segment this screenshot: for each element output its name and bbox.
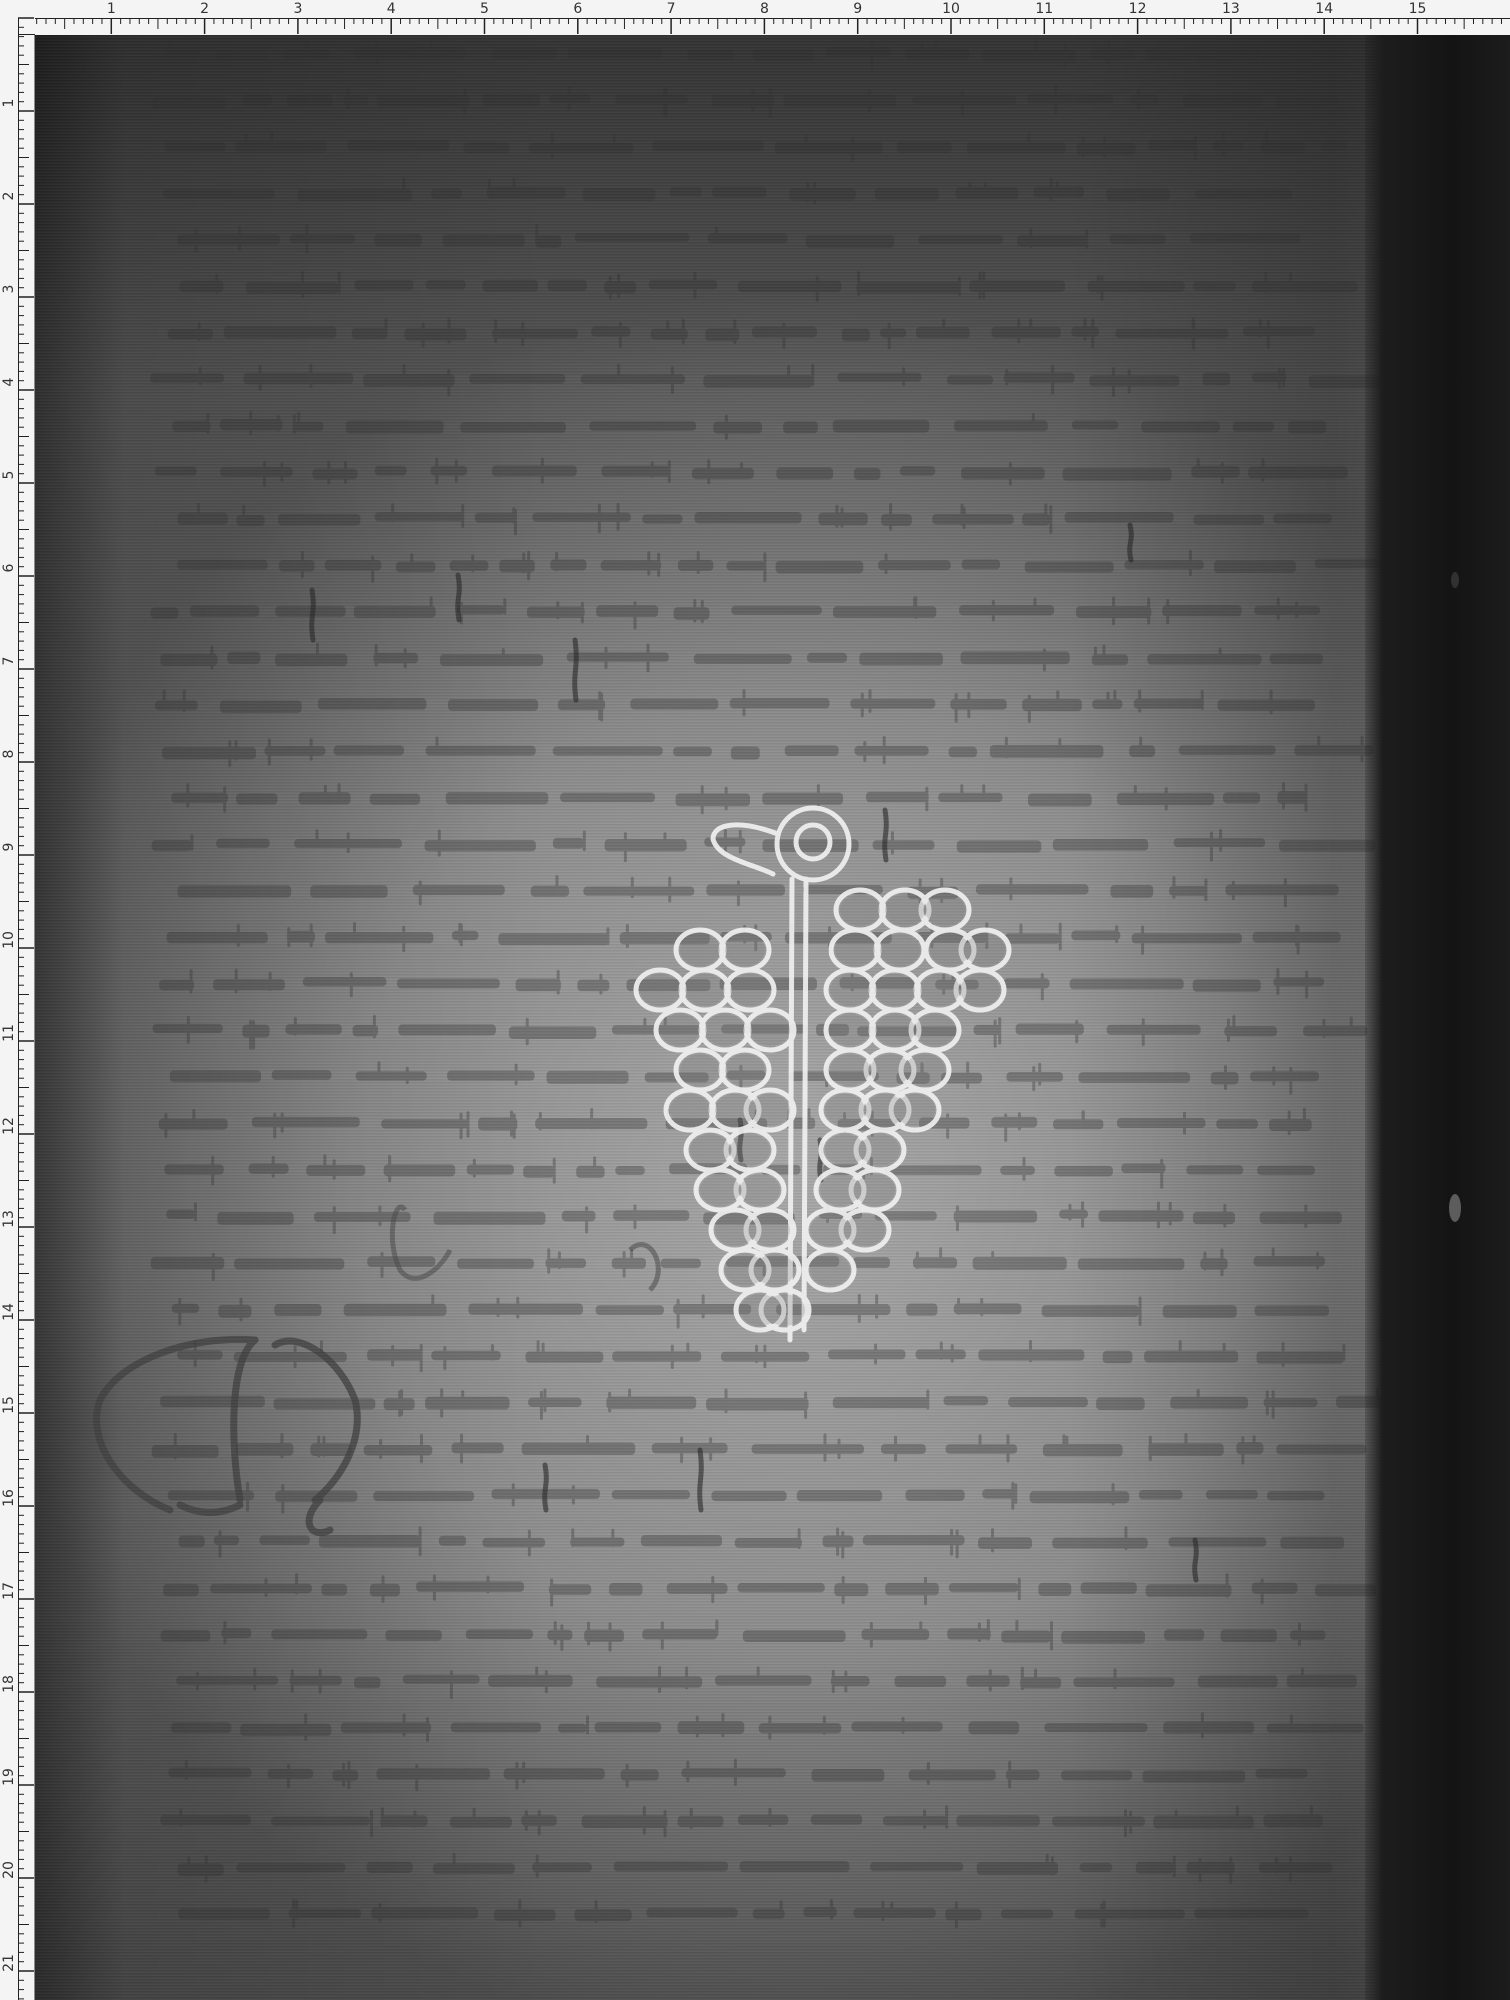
ruler-top-label: 13 [1222,1,1240,17]
ruler-top-label: 11 [1035,1,1053,17]
ruler-top: 0123456789101112131415 [0,0,1510,35]
ruler-left-label: 12 [1,1117,17,1135]
ruler-top-label: 1 [107,1,116,17]
manuscript-scan [35,35,1510,2000]
ruler-left-label: 2 [1,192,17,201]
ruler-left-label: 9 [1,843,17,852]
ruler-left-label: 1 [1,99,17,108]
ruler-top-label: 14 [1315,1,1333,17]
ruler-top-label: 10 [942,1,960,17]
ruler-left-label: 18 [1,1675,17,1693]
ruler-left-label: 16 [1,1489,17,1507]
bright-spot [35,35,1510,2000]
ruler-top-label: 15 [1409,1,1427,17]
ruler-left-label: 7 [1,657,17,666]
ruler-left-label: 8 [1,750,17,759]
ruler-top-label: 7 [667,1,676,17]
ruler-left-label: 6 [1,563,17,572]
ruler-top-label: 9 [853,1,862,17]
ruler-top-label: 4 [387,1,396,17]
ruler-left-label: 20 [1,1861,17,1879]
ruler-left-label: 15 [1,1396,17,1414]
ruler-top-label: 5 [480,1,489,17]
ruler-top-label: 12 [1129,1,1147,17]
ruler-left-label: 14 [1,1303,17,1321]
ruler-left-label: 21 [1,1954,17,1972]
ruler-top-label: 3 [293,1,302,17]
ruler-left-label: 19 [1,1768,17,1786]
ruler-top-label: 2 [200,1,209,17]
ruler-left-label: 3 [1,285,17,294]
ruler-top-label: 8 [760,1,769,17]
ruler-left: 123456789101112131415161718192021 [0,0,35,2000]
ruler-left-label: 11 [1,1024,17,1042]
ruler-left-label: 5 [1,471,17,480]
ruler-left-label: 17 [1,1582,17,1600]
ruler-left-label: 10 [1,931,17,949]
ruler-left-label: 13 [1,1210,17,1228]
ruler-left-label: 4 [1,377,17,386]
ruler-top-label: 6 [573,1,582,17]
